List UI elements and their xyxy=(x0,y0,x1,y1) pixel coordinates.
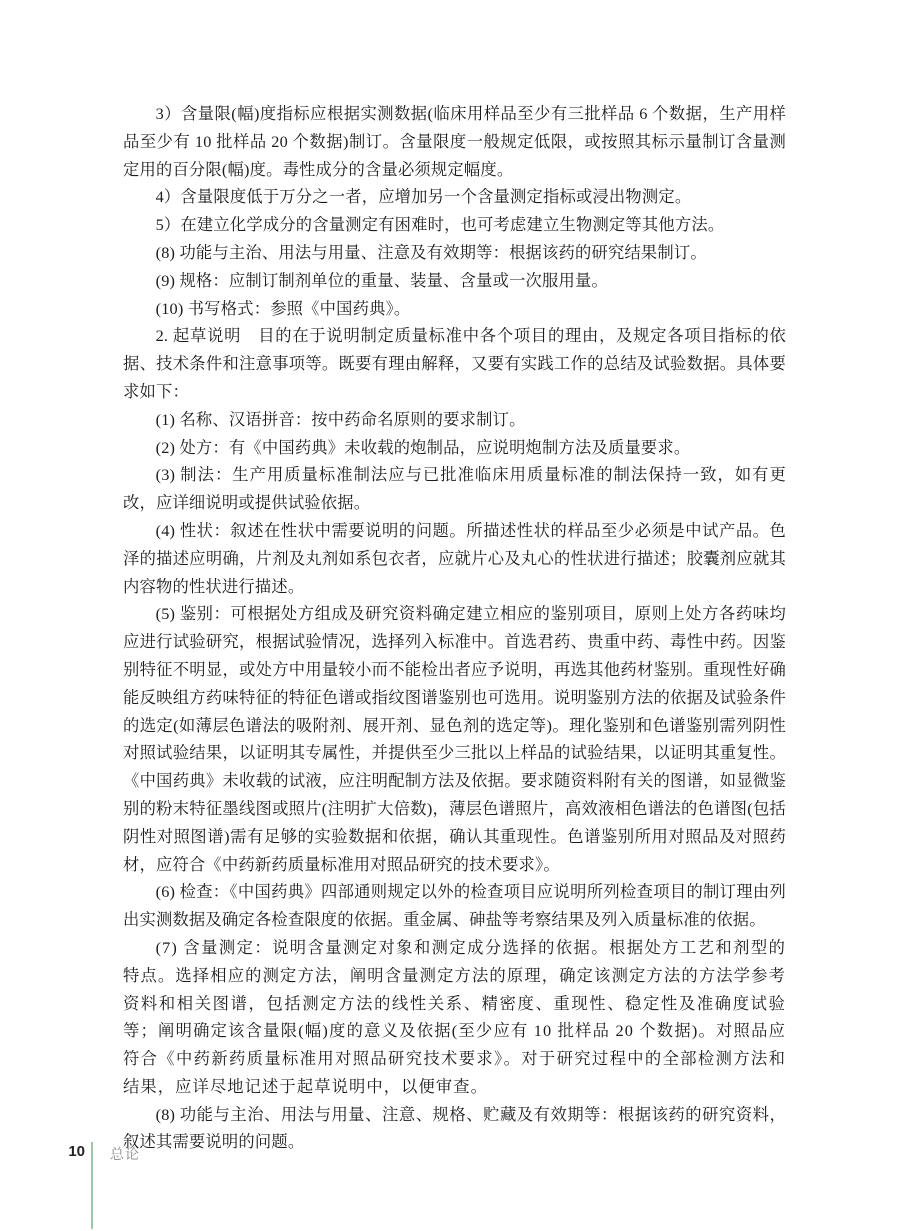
paragraph-note-2-prescription: (2) 处方：有《中国药典》未收载的炮制品，应说明炮制方法及质量要求。 xyxy=(123,434,786,462)
paragraph-note-1-name: (1) 名称、汉语拼音：按中药命名原则的要求制订。 xyxy=(123,406,786,434)
paragraph-note-7-assay: (7) 含量测定：说明含量测定对象和测定成分选择的依据。根据处方工艺和剂型的特点… xyxy=(123,934,786,1101)
paragraph-item-5: 5）在建立化学成分的含量测定有困难时，也可考虑建立生物测定等其他方法。 xyxy=(123,211,786,239)
paragraph-note-5-identification: (5) 鉴别：可根据处方组成及研究资料确定建立相应的鉴别项目，原则上处方各药味均… xyxy=(123,600,786,878)
paragraph-item-8: (8) 功能与主治、用法与用量、注意及有效期等：根据该药的研究结果制订。 xyxy=(123,239,786,267)
paragraph-note-4-properties: (4) 性状：叙述在性状中需要说明的问题。所描述性状的样品至少必须是中试产品。色… xyxy=(123,517,786,600)
paragraph-note-6-inspection: (6) 检查：《中国药典》四部通则规定以外的检查项目应说明所列检查项目的制订理由… xyxy=(123,878,786,934)
document-body: 3）含量限(幅)度指标应根据实测数据(临床用样品至少有三批样品 6 个数据，生产… xyxy=(123,100,786,1156)
paragraph-note-3-preparation: (3) 制法：生产用质量标准制法应与已批准临床用质量标准的制法保持一致，如有更改… xyxy=(123,461,786,517)
footer-section-title: 总论 xyxy=(110,1144,140,1164)
paragraph-item-3: 3）含量限(幅)度指标应根据实测数据(临床用样品至少有三批样品 6 个数据，生产… xyxy=(123,100,786,183)
paragraph-item-10: (10) 书写格式：参照《中国药典》。 xyxy=(123,295,786,323)
page-footer: 10 总论 xyxy=(0,1140,900,1231)
paragraph-item-4: 4）含量限度低于万分之一者，应增加另一个含量测定指标或浸出物测定。 xyxy=(123,183,786,211)
paragraph-item-9: (9) 规格：应制订制剂单位的重量、装量、含量或一次服用量。 xyxy=(123,267,786,295)
footer-divider xyxy=(91,1142,93,1229)
document-page: 3）含量限(幅)度指标应根据实测数据(临床用样品至少有三批样品 6 个数据，生产… xyxy=(0,0,900,1231)
page-number: 10 xyxy=(63,1143,85,1160)
paragraph-drafting-notes-heading: 2. 起草说明 目的在于说明制定质量标准中各个项目的理由，及规定各项目指标的依据… xyxy=(123,322,786,405)
